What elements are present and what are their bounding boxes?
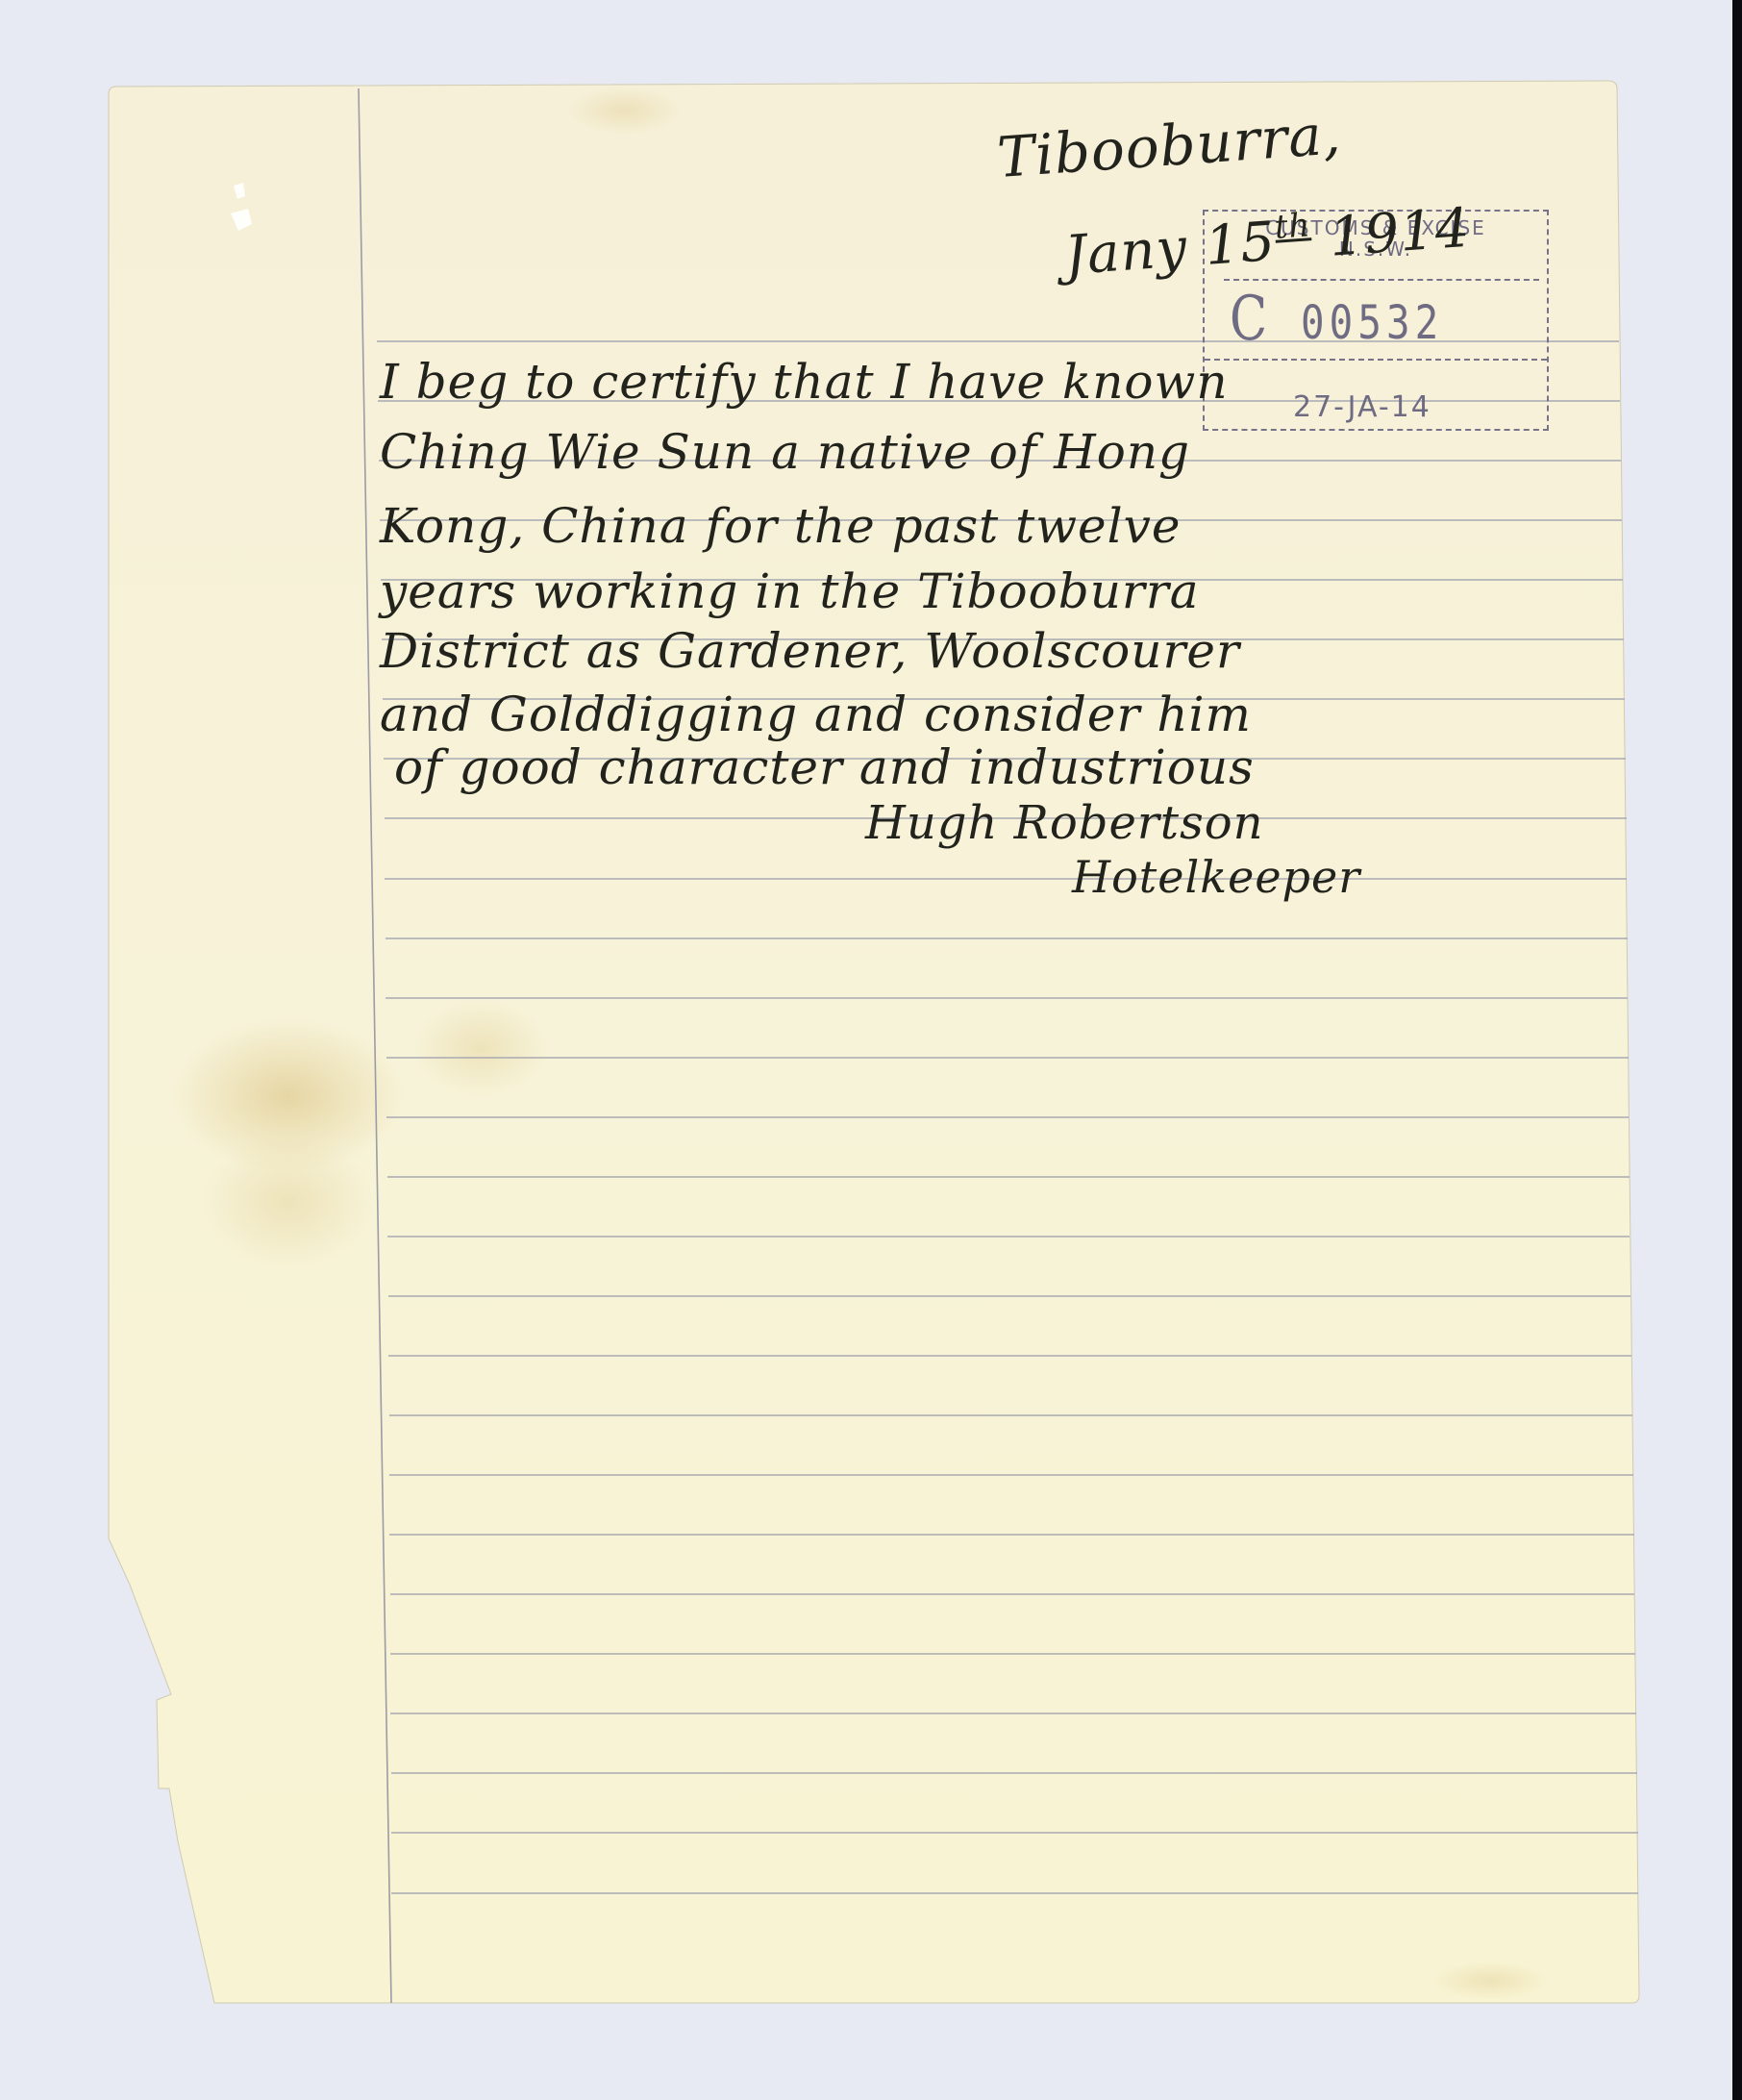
body-line: Kong, China for the past twelve <box>380 502 1181 550</box>
stamp-received-date: 27-JA-14 <box>1293 392 1431 423</box>
date-ordinal: th <box>1273 206 1311 247</box>
stamp-series-letter: C <box>1230 288 1267 350</box>
signature-name: Hugh Robertson <box>865 796 1264 850</box>
body-line: District as Gardener, Woolscourer <box>380 627 1240 675</box>
body-line: I beg to certify that I have known <box>380 358 1229 406</box>
stamp-number: 00532 <box>1301 300 1443 346</box>
body-line: Ching Wie Sun a native of Hong <box>380 428 1190 476</box>
body-line: and Golddigging and consider him <box>380 690 1252 738</box>
date-year: 1914 <box>1328 197 1473 269</box>
stamp-divider <box>1205 359 1547 361</box>
body-line: of good character and industrious <box>394 743 1255 791</box>
stamp-divider <box>1224 279 1539 281</box>
signature-title: Hotelkeeper <box>1072 851 1360 903</box>
body-line: years working in the Tibooburra <box>380 567 1200 615</box>
